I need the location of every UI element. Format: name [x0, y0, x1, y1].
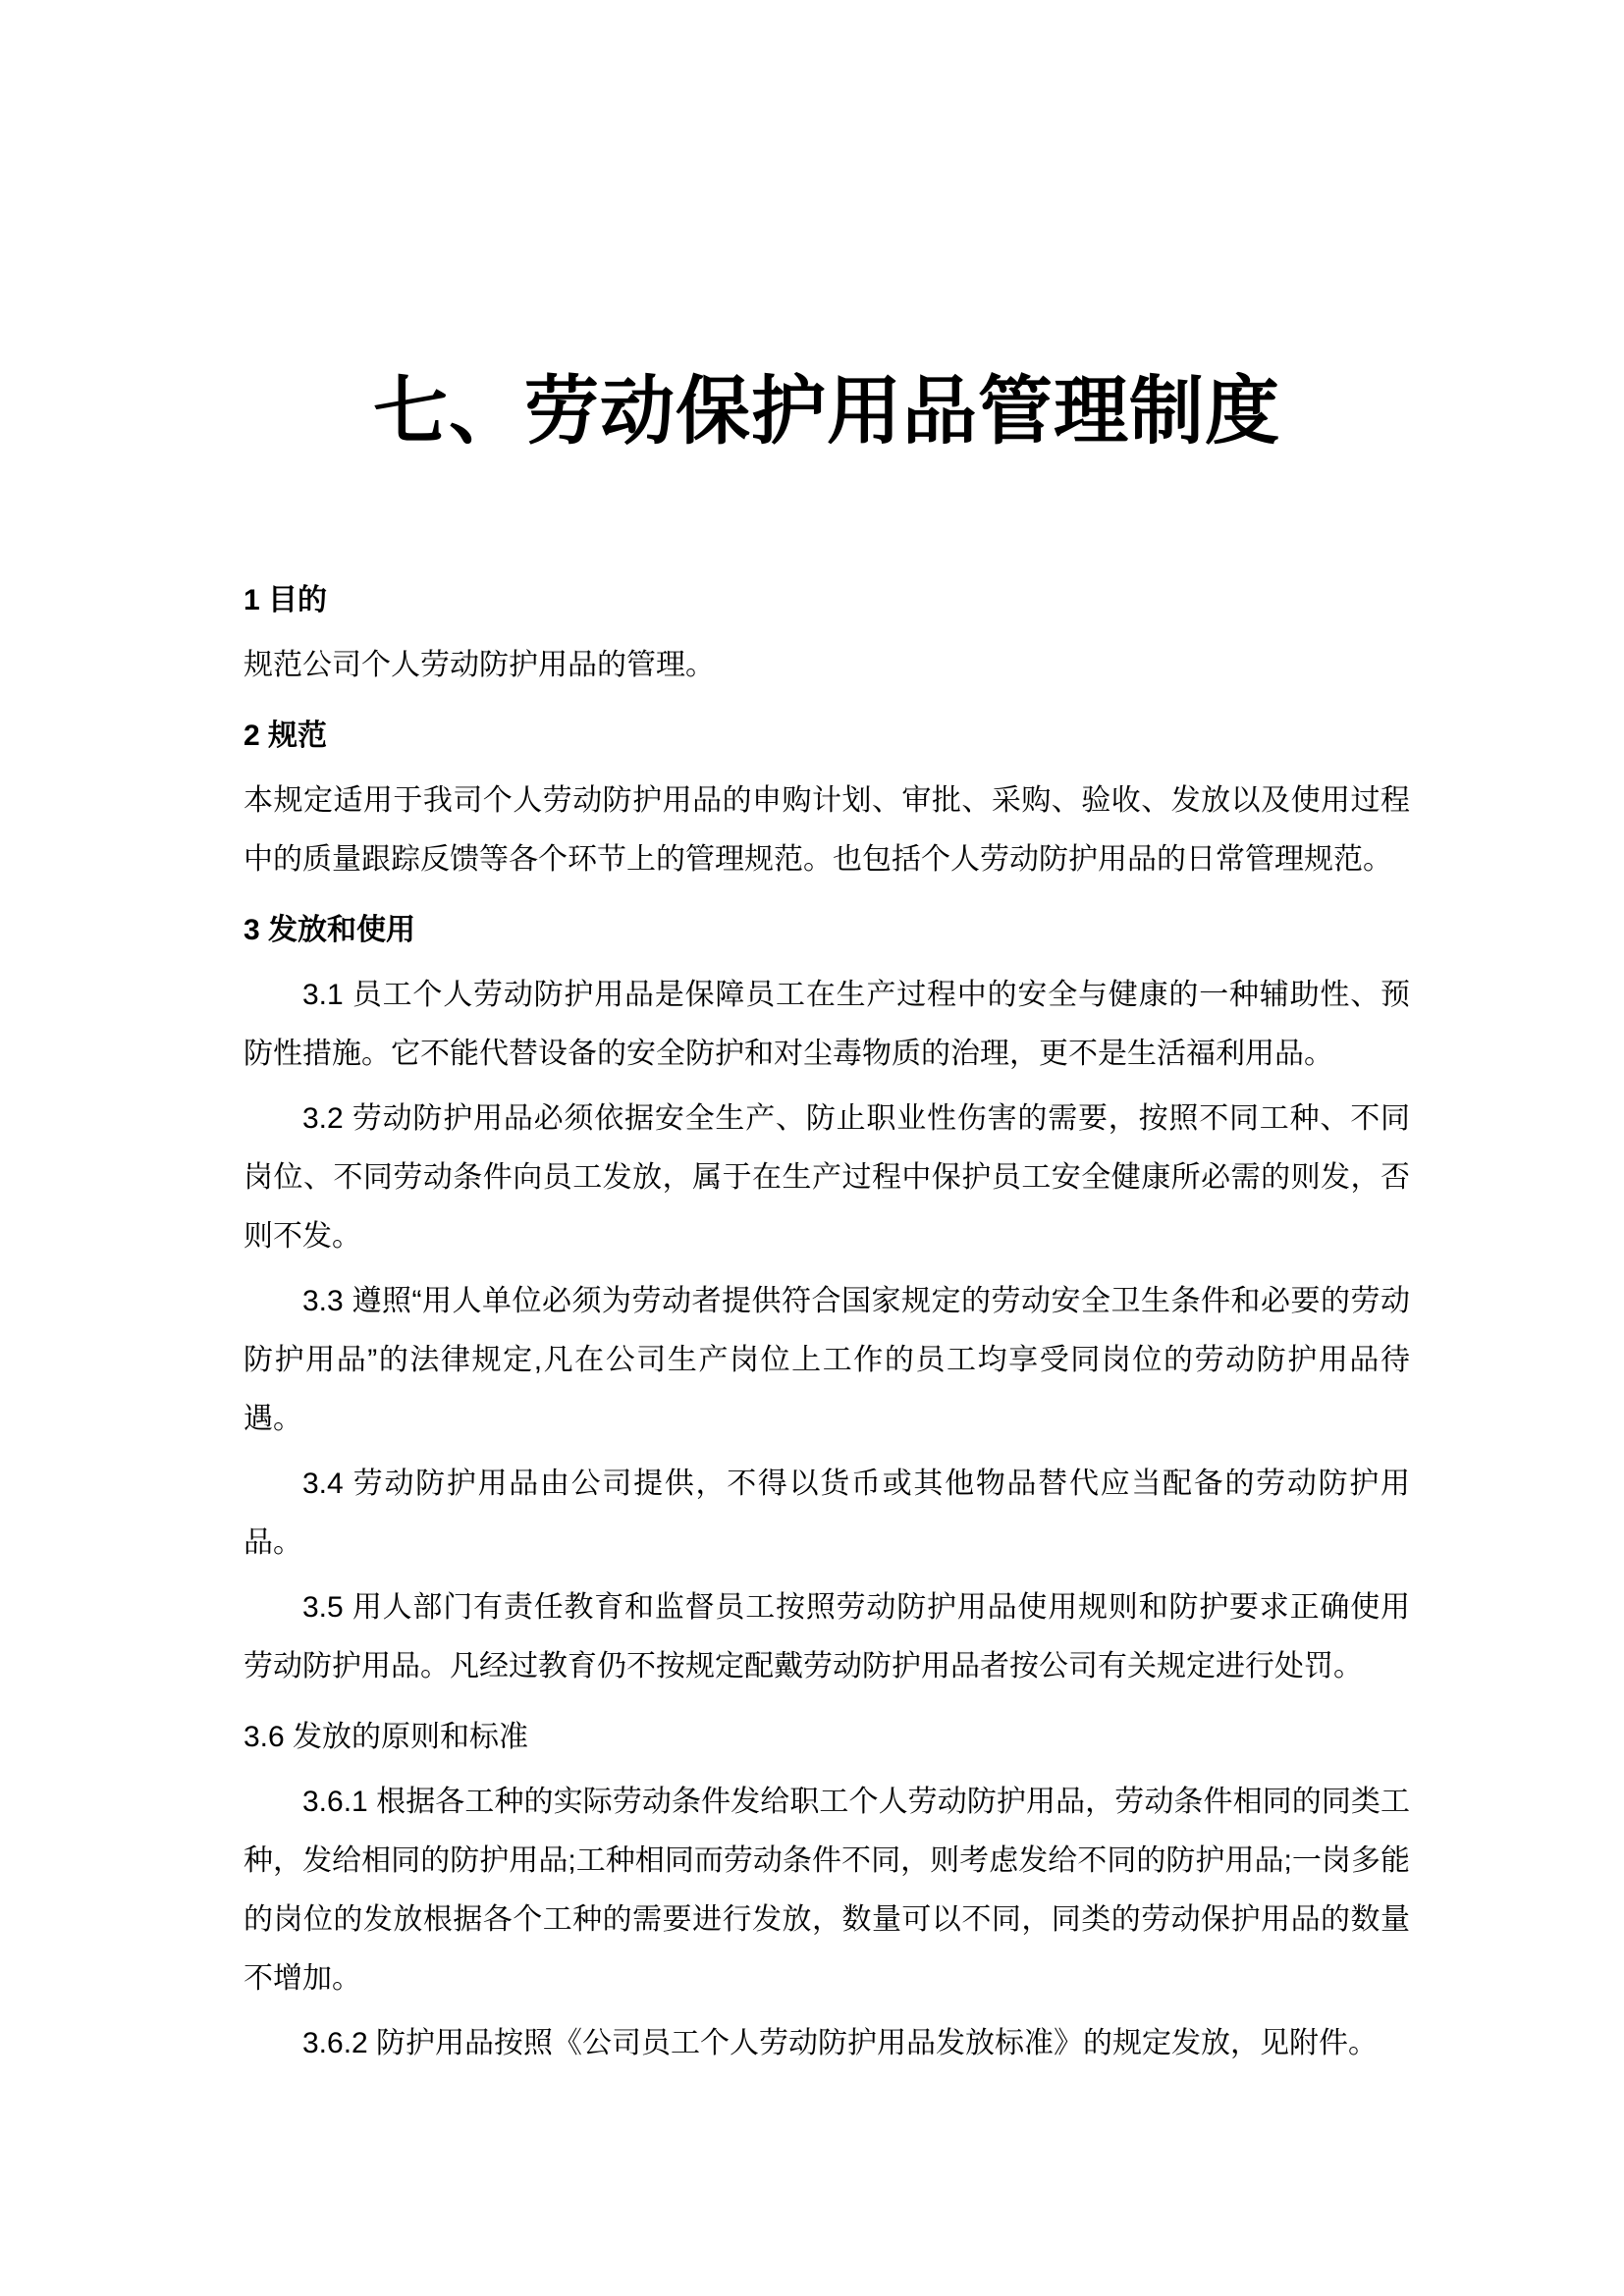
- section-issue-principles: 3.6 发放的原则和标准 3.6.1 根据各工种的实际劳动条件发给职工个人劳动防…: [244, 1708, 1410, 2073]
- paragraph: 规范公司个人劳动防护用品的管理。: [244, 636, 1410, 695]
- paragraph: 3.5 用人部门有责任教育和监督员工按照劳动防护用品使用规则和防护要求正确使用劳…: [244, 1578, 1410, 1696]
- section-scope: 2 规范 本规定适用于我司个人劳动防护用品的申购计划、审批、采购、验收、发放以及…: [244, 707, 1410, 889]
- section-heading-issue-and-use: 3 发放和使用: [244, 901, 1410, 960]
- section-heading-issue-principles: 3.6 发放的原则和标准: [244, 1708, 1410, 1767]
- paragraph: 3.6.2 防护用品按照《公司员工个人劳动防护用品发放标准》的规定发放，见附件。: [244, 2014, 1410, 2073]
- paragraph: 3.3 遵照“用人单位必须为劳动者提供符合国家规定的劳动安全卫生条件和必要的劳动…: [244, 1272, 1410, 1449]
- section-issue-and-use: 3 发放和使用 3.1 员工个人劳动防护用品是保障员工在生产过程中的安全与健康的…: [244, 901, 1410, 1696]
- paragraph: 3.2 劳动防护用品必须依据安全生产、防止职业性伤害的需要，按照不同工种、不同岗…: [244, 1090, 1410, 1266]
- section-heading-purpose: 1 目的: [244, 571, 1410, 630]
- section-purpose: 1 目的 规范公司个人劳动防护用品的管理。: [244, 571, 1410, 695]
- paragraph: 3.1 员工个人劳动防护用品是保障员工在生产过程中的安全与健康的一种辅助性、预防…: [244, 966, 1410, 1084]
- paragraph: 3.4 劳动防护用品由公司提供，不得以货币或其他物品替代应当配备的劳动防护用品。: [244, 1455, 1410, 1573]
- document-title: 七、劳动保护用品管理制度: [244, 363, 1410, 461]
- paragraph: 3.6.1 根据各工种的实际劳动条件发给职工个人劳动防护用品，劳动条件相同的同类…: [244, 1773, 1410, 2008]
- paragraph: 本规定适用于我司个人劳动防护用品的申购计划、审批、采购、验收、发放以及使用过程中…: [244, 772, 1410, 889]
- section-heading-scope: 2 规范: [244, 707, 1410, 766]
- document-page: 七、劳动保护用品管理制度 1 目的 规范公司个人劳动防护用品的管理。 2 规范 …: [0, 0, 1624, 2296]
